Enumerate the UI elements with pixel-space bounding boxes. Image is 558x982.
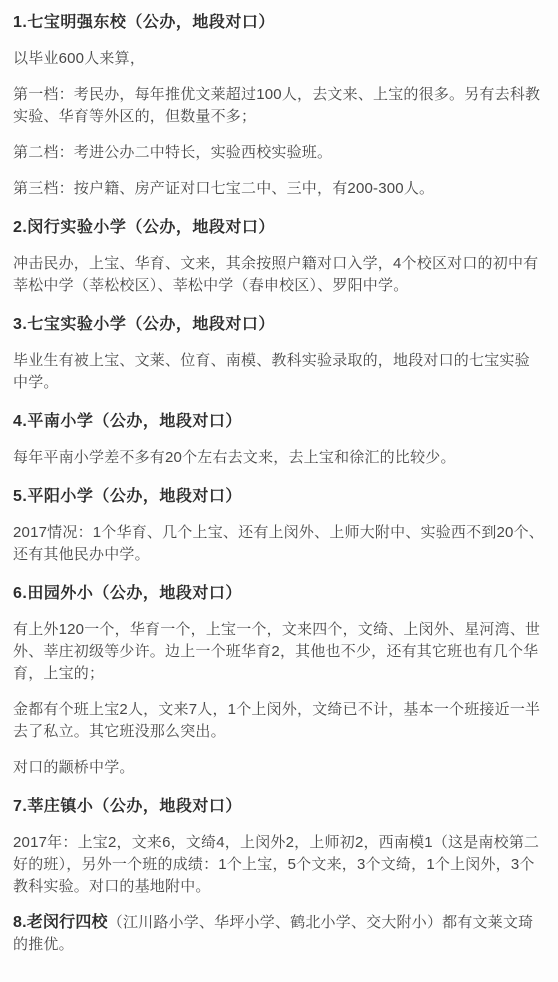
section-heading: 1.七宝明强东校（公办，地段对口） — [13, 12, 544, 34]
paragraph: 2017年：上宝2，文来6，文绮4，上闵外2，上师初2，西南模1（这是南校第二好… — [13, 832, 544, 898]
section-xinzhuang-town: 7.莘庄镇小（公办，地段对口） 2017年：上宝2，文来6，文绮4，上闵外2，上… — [13, 796, 544, 898]
section-pingyang: 5.平阳小学（公办，地段对口） 2017情况：1个华育、几个上宝、还有上闵外、上… — [13, 486, 544, 566]
paragraph: 每年平南小学差不多有20个左右去文来，去上宝和徐汇的比较少。 — [13, 447, 544, 469]
school-admission-article: 1.七宝明强东校（公办，地段对口） 以毕业600人来算， 第一档：考民办，每年推… — [0, 0, 558, 982]
paragraph: 第二档：考进公办二中特长，实验西校实验班。 — [13, 142, 544, 164]
paragraph: 毕业生有被上宝、文莱、位育、南模、教科实验录取的，地段对口的七宝实验中学。 — [13, 350, 544, 394]
section-minhang-experimental: 2.闵行实验小学（公办，地段对口） 冲击民办，上宝、华育、文来，其余按照户籍对口… — [13, 217, 544, 297]
paragraph: 以毕业600人来算， — [13, 48, 544, 70]
paragraph: 第三档：按户籍、房产证对口七宝二中、三中，有200-300人。 — [13, 178, 544, 200]
paragraph: 对口的颛桥中学。 — [13, 757, 544, 779]
section-heading: 6.田园外小（公办，地段对口） — [13, 583, 544, 605]
paragraph: 第一档：考民办，每年推优文莱超过100人，去文来、上宝的很多。另有去科教实验、华… — [13, 84, 544, 128]
section-heading-line: 8.老闵行四校（江川路小学、华坪小学、鹤北小学、交大附小）都有文莱文琦的推优。 — [13, 912, 544, 956]
section-heading-bold: 8.老闵行四校 — [13, 914, 108, 931]
section-heading: 3.七宝实验小学（公办，地段对口） — [13, 314, 544, 336]
section-old-minhang-four: 8.老闵行四校（江川路小学、华坪小学、鹤北小学、交大附小）都有文莱文琦的推优。 — [13, 912, 544, 956]
section-heading: 4.平南小学（公办，地段对口） — [13, 411, 544, 433]
section-tianyuan-foreign: 6.田园外小（公办，地段对口） 有上外120一个，华育一个，上宝一个，文来四个，… — [13, 583, 544, 779]
section-pingnan: 4.平南小学（公办，地段对口） 每年平南小学差不多有20个左右去文来，去上宝和徐… — [13, 411, 544, 469]
paragraph: 2017情况：1个华育、几个上宝、还有上闵外、上师大附中、实验西不到20个、还有… — [13, 522, 544, 566]
section-heading: 5.平阳小学（公办，地段对口） — [13, 486, 544, 508]
paragraph: 有上外120一个，华育一个，上宝一个，文来四个，文绮、上闵外、星河湾、世外、莘庄… — [13, 619, 544, 685]
section-qibao-mingqiang-east: 1.七宝明强东校（公办，地段对口） 以毕业600人来算， 第一档：考民办，每年推… — [13, 12, 544, 200]
section-qibao-experimental: 3.七宝实验小学（公办，地段对口） 毕业生有被上宝、文莱、位育、南模、教科实验录… — [13, 314, 544, 394]
section-heading: 2.闵行实验小学（公办，地段对口） — [13, 217, 544, 239]
paragraph: 金都有个班上宝2人，文来7人，1个上闵外，文绮已不计，基本一个班接近一半去了私立… — [13, 699, 544, 743]
paragraph: 冲击民办，上宝、华育、文来，其余按照户籍对口入学，4个校区对口的初中有莘松中学（… — [13, 253, 544, 297]
section-heading: 7.莘庄镇小（公办，地段对口） — [13, 796, 544, 818]
